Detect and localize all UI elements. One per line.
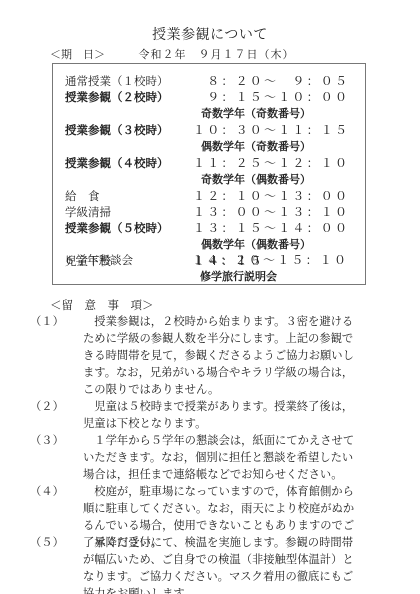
schedule-row: 授業参観（４校時）１１：２５～１２：１０ <box>65 154 349 171</box>
note-number: （４） <box>30 483 64 500</box>
note-item: （１） 授業参観は，２校時から始まります。３密を避けるために学級の参観人数を半分… <box>30 313 360 398</box>
page-title: 授業参観について <box>0 24 420 44</box>
schedule-note: 偶数学年（偶数番号） <box>201 236 311 252</box>
schedule-row: 給 食１２：１０～１３：００ <box>65 187 349 204</box>
schedule-row: ６学年懇談会１４：２０～１５：１０ <box>64 251 348 268</box>
schedule-time: １３：００～１３：１０ <box>193 203 349 220</box>
date-row: ＜期 日＞ 令和２年 ９月１７日（木） <box>50 46 295 62</box>
date-value: 令和２年 ９月１７日（木） <box>139 48 295 61</box>
date-label: ＜期 日＞ <box>50 46 135 62</box>
schedule-event: 学級清掃 <box>65 204 193 220</box>
note-number: （５） <box>30 534 64 551</box>
schedule-note: 修学旅行説明会 <box>200 268 277 284</box>
schedule-time: １０：３０～１１：１５ <box>193 121 349 138</box>
note-number: （２） <box>30 398 64 415</box>
note-number: （３） <box>30 432 64 449</box>
schedule-event: 授業参観（５校時） <box>65 220 193 236</box>
note-item: （５） 昇降口受付にて、検温を実施します。参観の時間帯が幅広いため、ご自身での検… <box>30 534 360 594</box>
note-text: 児童は５校時まで授業があります。授業終了後は，児童は下校となります。 <box>83 398 360 432</box>
schedule-note: 偶数学年（奇数番号） <box>201 138 311 154</box>
schedule-time: １１：２５～１２：１０ <box>193 154 349 171</box>
schedule-event: 授業参観（２校時） <box>65 89 193 105</box>
schedule-row: 授業参観（２校時） ９：１５～１０：００ <box>65 88 349 105</box>
note-number: （１） <box>30 313 64 330</box>
note-item: （３） １学年から５学年の懇談会は，紙面にてかえさせていただきます。なお，個別に… <box>30 432 360 483</box>
note-item: （２） 児童は５校時まで授業があります。授業終了後は，児童は下校となります。 <box>30 398 360 432</box>
schedule-row: 授業参観（５校時）１３：１５～１４：００ <box>65 219 349 236</box>
schedule-row: 授業参観（３校時）１０：３０～１１：１５ <box>65 121 349 138</box>
schedule-note: 奇数学年（奇数番号） <box>201 105 311 121</box>
schedule-row: 学級清掃１３：００～１３：１０ <box>65 203 349 220</box>
schedule-time: ９：１５～１０：００ <box>193 88 349 105</box>
schedule-event: 授業参観（４校時） <box>65 155 193 171</box>
schedule-event: 授業参観（３校時） <box>65 122 193 138</box>
schedule-time: １２：１０～１３：００ <box>193 187 349 204</box>
schedule-time: １４：２０～１５：１０ <box>192 251 348 268</box>
schedule-event: 通常授業（１校時） <box>65 73 193 89</box>
notes-heading: ＜留 意 事 項＞ <box>50 297 154 313</box>
note-text: 授業参観は，２校時から始まります。３密を避けるために学級の参観人数を半分にします… <box>83 313 360 398</box>
schedule-time: ８：２０～ ９：０５ <box>193 72 349 89</box>
schedule-time: １３：１５～１４：００ <box>193 219 349 236</box>
schedule-row: 通常授業（１校時） ８：２０～ ９：０５ <box>65 72 349 89</box>
schedule-event: 給 食 <box>65 188 193 204</box>
note-text: 昇降口受付にて、検温を実施します。参観の時間帯が幅広いため、ご自身での検温（非接… <box>83 534 360 594</box>
schedule-note: 奇数学年（偶数番号） <box>201 171 311 187</box>
schedule-event: ６学年懇談会 <box>64 252 192 268</box>
note-text: １学年から５学年の懇談会は，紙面にてかえさせていただきます。なお，個別に担任と懇… <box>83 432 360 483</box>
